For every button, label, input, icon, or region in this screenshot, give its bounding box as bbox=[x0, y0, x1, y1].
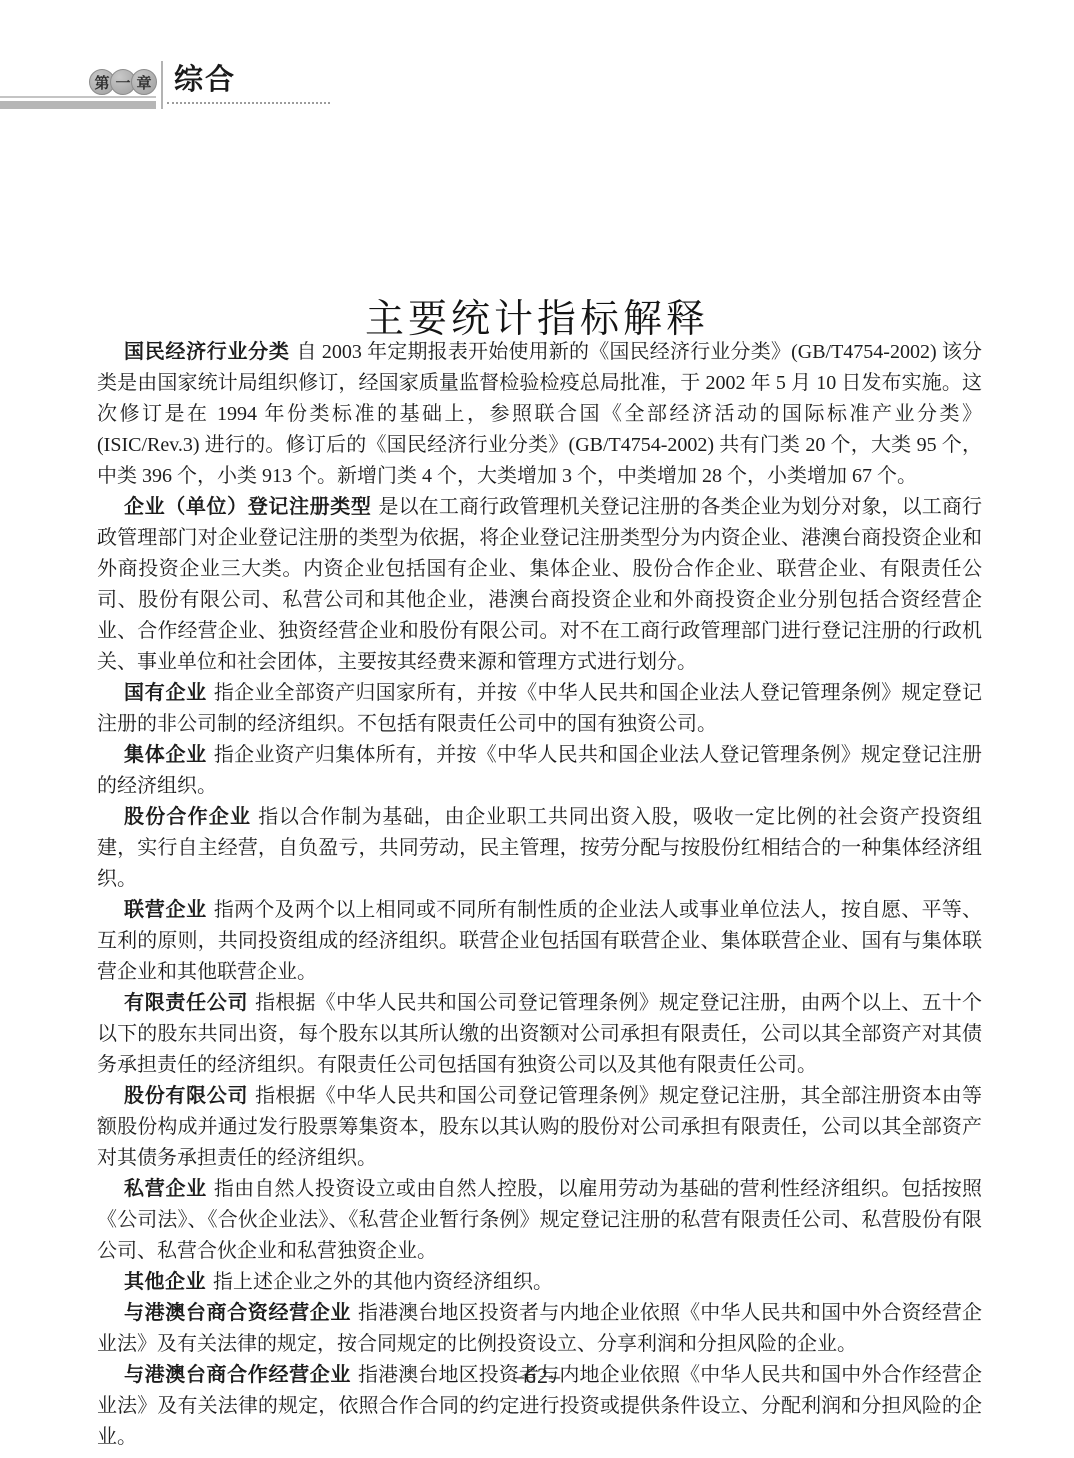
definition-paragraph: 股份有限公司指根据《中华人民共和国公司登记管理条例》规定登记注册，其全部注册资本… bbox=[97, 1081, 982, 1174]
definition-paragraph: 国有企业指企业全部资产归国家所有，并按《中华人民共和国企业法人登记管理条例》规定… bbox=[97, 678, 982, 740]
definition-term: 联营企业 bbox=[124, 899, 207, 921]
definition-term: 集体企业 bbox=[124, 744, 207, 766]
definition-paragraph: 股份合作企业指以合作制为基础，由企业职工共同出资入股，吸收一定比例的社会资产投资… bbox=[97, 802, 982, 895]
definition-paragraph: 与港澳台商合资经营企业指港澳台地区投资者与内地企业依照《中华人民共和国中外合资经… bbox=[97, 1298, 982, 1360]
definitions-body: 国民经济行业分类自 2003 年定期报表开始使用新的《国民经济行业分类》(GB/… bbox=[97, 337, 982, 1453]
definition-text: 指由自然人投资设立或由自然人控股，以雇用劳动为基础的营利性经济组织。包括按照《公… bbox=[97, 1178, 982, 1262]
page-title: 主要统计指标解释 bbox=[0, 288, 1074, 344]
definition-paragraph: 联营企业指两个及两个以上相同或不同所有制性质的企业法人或事业单位法人，按自愿、平… bbox=[97, 895, 982, 988]
definition-text: 指企业资产归集体所有，并按《中华人民共和国企业法人登记管理条例》规定登记注册的经… bbox=[97, 744, 982, 797]
header-vertical-divider bbox=[161, 61, 163, 109]
definition-term: 与港澳台商合资经营企业 bbox=[124, 1302, 351, 1324]
header-thin-rule bbox=[0, 96, 156, 98]
definition-paragraph: 集体企业指企业资产归集体所有，并按《中华人民共和国企业法人登记管理条例》规定登记… bbox=[97, 740, 982, 802]
definition-paragraph: 其他企业指上述企业之外的其他内资经济组织。 bbox=[97, 1267, 982, 1298]
definition-term: 有限责任公司 bbox=[124, 992, 248, 1014]
chapter-badge: 第 一 章 bbox=[89, 69, 152, 95]
definition-term: 企业（单位）登记注册类型 bbox=[124, 496, 371, 518]
page-number: –62– bbox=[0, 1363, 1074, 1389]
definition-term: 其他企业 bbox=[124, 1271, 206, 1293]
book-page: 第 一 章 综合 主要统计指标解释 国民经济行业分类自 2003 年定期报表开始… bbox=[0, 0, 1074, 1458]
definition-paragraph: 有限责任公司指根据《中华人民共和国公司登记管理条例》规定登记注册，由两个以上、五… bbox=[97, 988, 982, 1081]
definition-text: 指企业全部资产归国家所有，并按《中华人民共和国企业法人登记管理条例》规定登记注册… bbox=[97, 682, 982, 735]
definition-text: 指上述企业之外的其他内资经济组织。 bbox=[213, 1271, 553, 1293]
section-label: 综合 bbox=[174, 57, 236, 98]
definition-paragraph: 企业（单位）登记注册类型是以在工商行政管理机关登记注册的各类企业为划分对象，以工… bbox=[97, 492, 982, 678]
definition-term: 股份有限公司 bbox=[124, 1085, 248, 1107]
definition-term: 私营企业 bbox=[124, 1178, 207, 1200]
definition-term: 国民经济行业分类 bbox=[124, 341, 290, 363]
section-dotted-underline bbox=[167, 102, 330, 104]
definition-text: 指两个及两个以上相同或不同所有制性质的企业法人或事业单位法人，按自愿、平等、互利… bbox=[97, 899, 982, 983]
header-thick-rule bbox=[0, 101, 156, 109]
definition-term: 国有企业 bbox=[124, 682, 207, 704]
definition-paragraph: 国民经济行业分类自 2003 年定期报表开始使用新的《国民经济行业分类》(GB/… bbox=[97, 337, 982, 492]
definition-paragraph: 私营企业指由自然人投资设立或由自然人控股，以雇用劳动为基础的营利性经济组织。包括… bbox=[97, 1174, 982, 1267]
definition-term: 股份合作企业 bbox=[124, 806, 251, 828]
chapter-badge-circle-3: 章 bbox=[131, 69, 157, 95]
definition-text: 是以在工商行政管理机关登记注册的各类企业为划分对象，以工商行政管理部门对企业登记… bbox=[97, 496, 982, 673]
